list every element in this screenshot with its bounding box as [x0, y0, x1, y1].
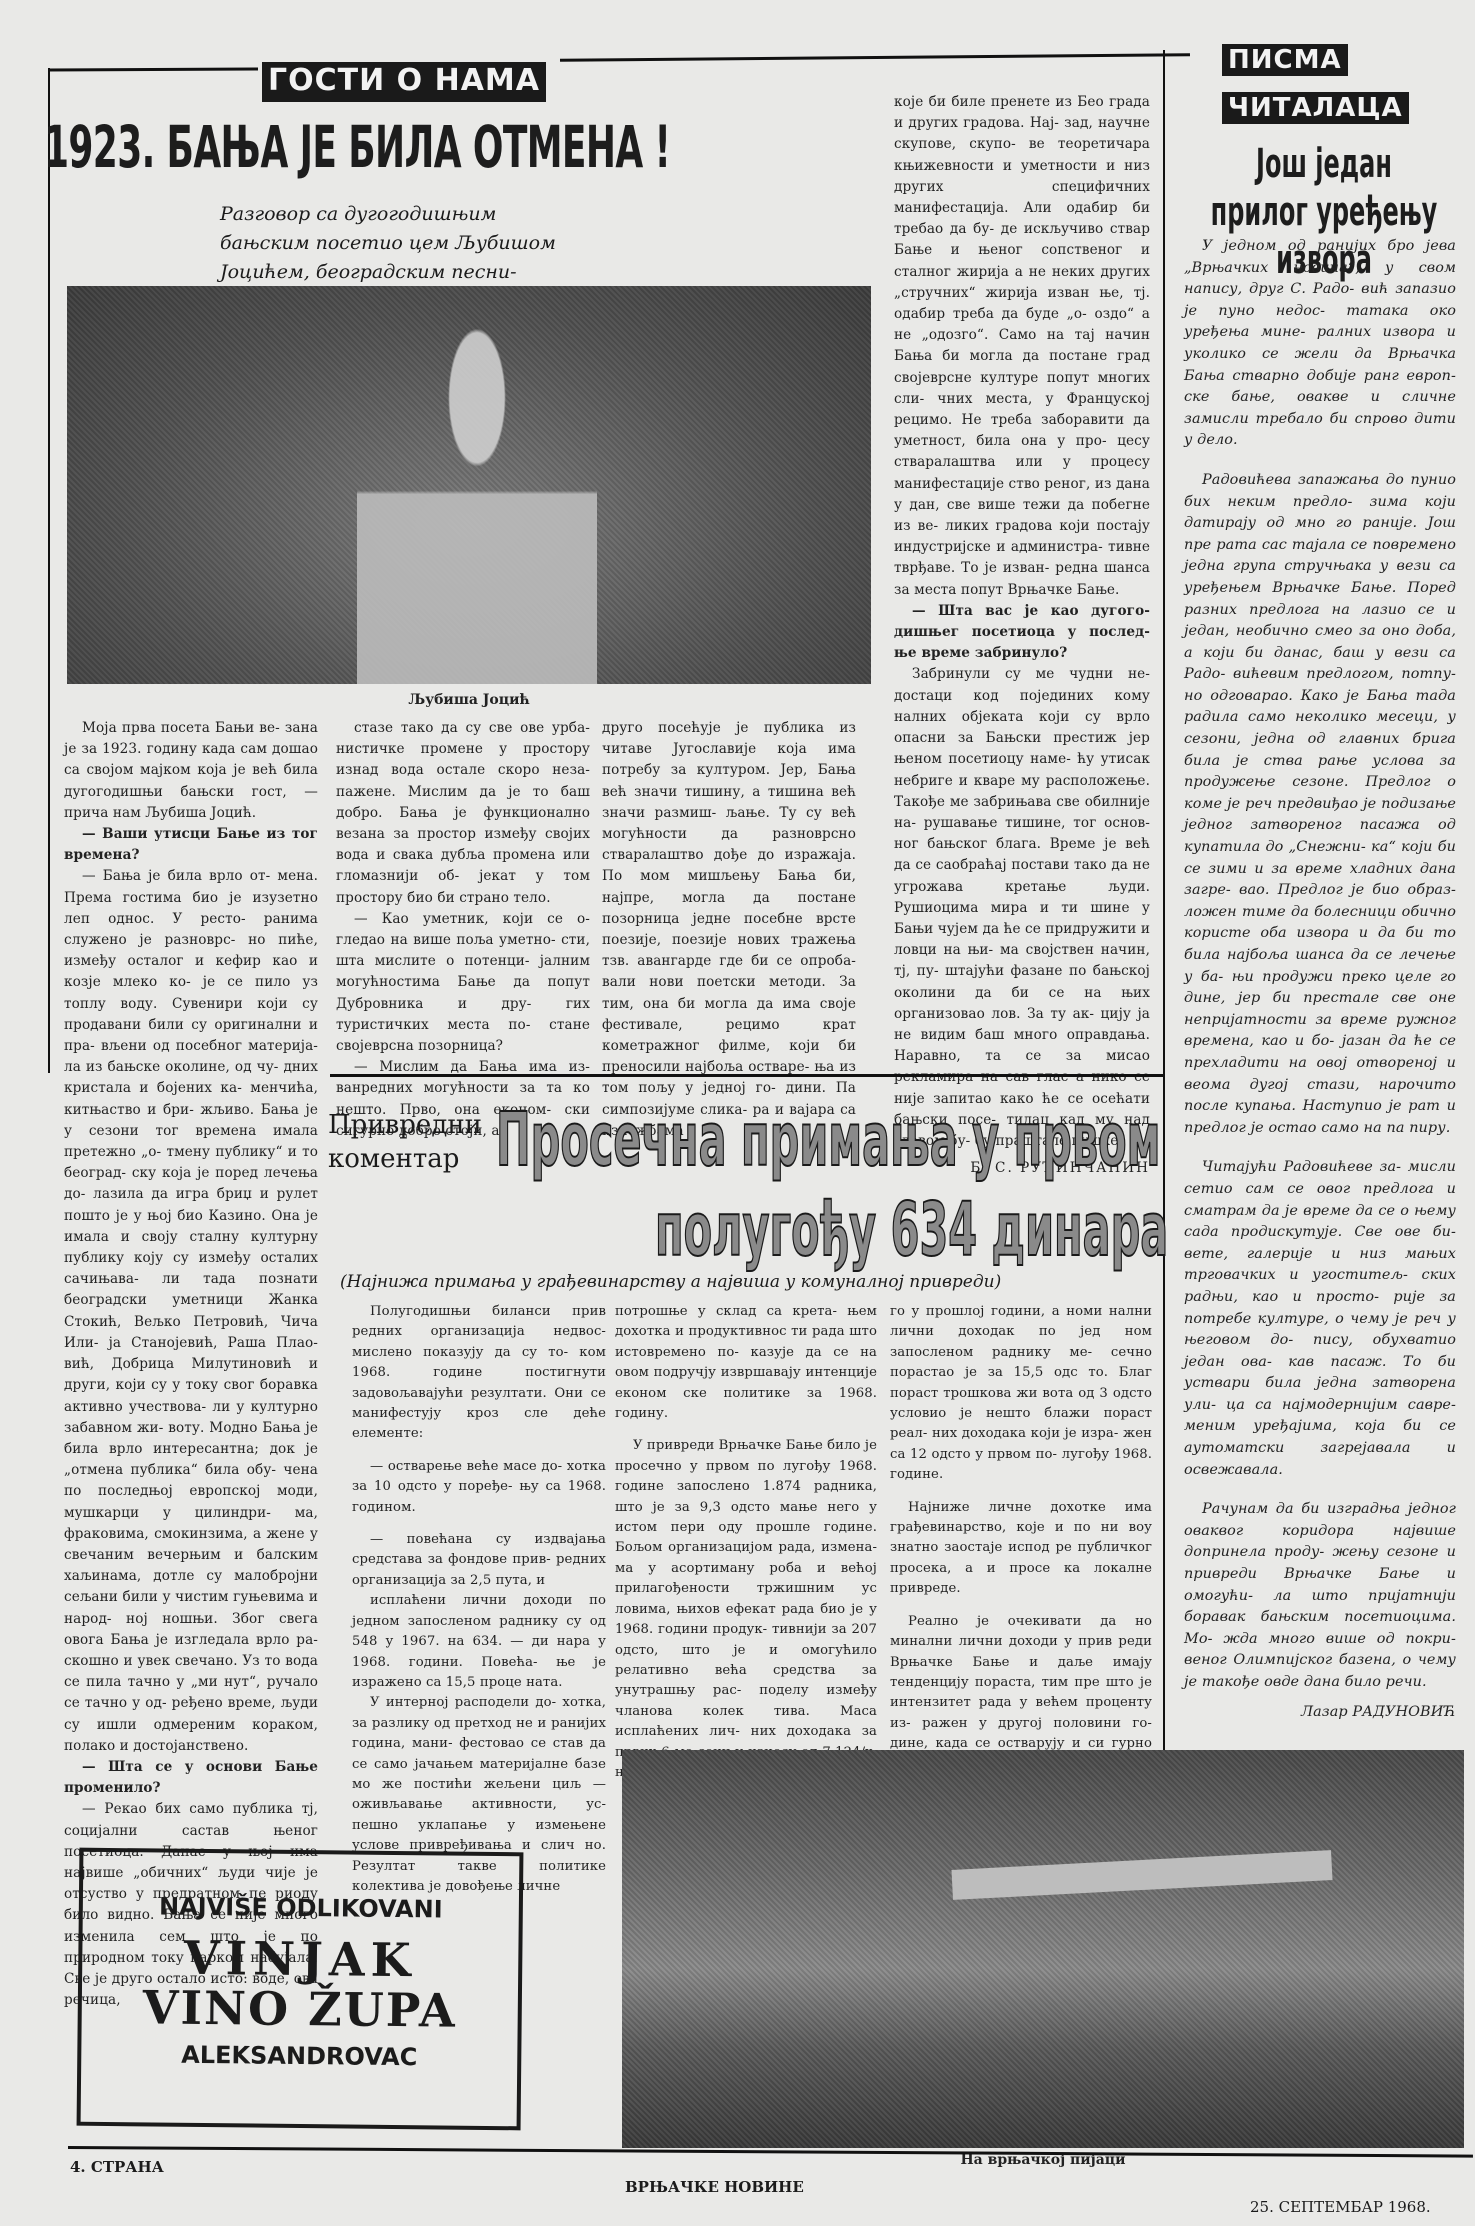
ad-line-2: VINJAK: [82, 1932, 518, 1987]
interview-left-rule: [48, 68, 50, 1073]
interview-question: — Као уметник, који се о- гледао на више…: [336, 909, 590, 1057]
interview-top-rule-right: [560, 53, 1190, 61]
economy-column-1: Полугодишњи биланси прив редних организа…: [352, 1302, 606, 1897]
interview-paragraph: — Бања је била врло от- мена. Према гост…: [64, 866, 318, 1757]
market-stall-roof: [951, 1850, 1332, 1900]
interview-paragraph: друго посећује је публика из читаве Југо…: [602, 718, 856, 1142]
interview-portrait-photo: [67, 286, 871, 684]
market-photo: [622, 1750, 1464, 2148]
ad-line-4: ALEKSANDROVAC: [81, 2038, 517, 2075]
economy-list-item: исплаћени лични доходи по једном запосле…: [352, 1591, 606, 1693]
letters-paragraph: Читајући Радовићеве за- мисли сетио сам …: [1184, 1157, 1456, 1481]
letters-paragraph: У једном од ранијих бро јева „Врњачких н…: [1184, 236, 1456, 452]
economy-paragraph: Најниже личне дохотке има грађевинарство…: [890, 1498, 1152, 1600]
interview-question: — Шта се у основи Бање променило?: [64, 1757, 318, 1799]
economy-headline-line-1: Просечна примања у првом: [496, 1100, 1160, 1180]
letters-paragraph: Рачунам да би изградња једног оваквог ко…: [1184, 1499, 1456, 1693]
economy-paragraph: Полугодишњи биланси прив редних организа…: [352, 1302, 606, 1445]
interview-paragraph: које би биле пренете из Бео града и друг…: [894, 92, 1150, 601]
ad-line-1: NAJVIŠE ODLIKOVANI: [83, 1890, 519, 1927]
interview-kicker: ГОСТИ О НАМА: [262, 62, 546, 102]
ad-line-3: VINO ŽUPA: [82, 1982, 518, 2037]
interview-right-rule: [1163, 50, 1165, 1750]
economy-paragraph: го у прошлој години, а номи нални лични …: [890, 1302, 1152, 1486]
economy-paragraph: У привреди Врњачке Бање било је просечно…: [615, 1436, 877, 1783]
footer-page-number: 4. СТРАНА: [70, 2158, 164, 2176]
interview-question: — Ваши утисци Бање из тог времена?: [64, 824, 318, 866]
interview-bottom-rule: [330, 1074, 1164, 1077]
economy-kicker: Привредни коментар: [328, 1108, 498, 1176]
letters-kicker-line-2: ЧИТАЛАЦА: [1222, 92, 1409, 124]
interview-headline: 1923. БАЊА ЈЕ БИЛА ОТМЕНА !: [44, 116, 670, 178]
economy-headline-line-2: полугођу 634 динара: [655, 1190, 1168, 1270]
interview-column-2: стазе тако да су све ове урба- нистичке …: [336, 718, 590, 1142]
interview-photo-caption: Љубиша Јоцић: [67, 692, 871, 708]
economy-deck: (Најнижа примања у грађевинарству а најв…: [340, 1270, 1160, 1294]
interview-paragraph: стазе тако да су све ове урба- нистичке …: [336, 718, 590, 909]
letters-kicker-line-1: ПИСМА: [1222, 44, 1348, 76]
portrait-figure: [357, 326, 597, 684]
economy-paragraph: потрошње у склад са крета- њем дохотка и…: [615, 1302, 877, 1424]
footer-date: 25. СЕПТЕМБАР 1968.: [1250, 2198, 1431, 2216]
economy-list-item: — остварење веће масе до- хотка за 10 од…: [352, 1457, 606, 1518]
letters-paragraph: Радовићева запажања до пунио бих неким п…: [1184, 470, 1456, 1139]
economy-column-3: го у прошлој години, а номи нални лични …: [890, 1302, 1152, 1795]
footer-paper-name: ВРЊАЧКЕ НОВИНЕ: [625, 2178, 804, 2196]
interview-top-rule-left: [48, 67, 258, 71]
interview-column-3: друго посећује је публика из читаве Југо…: [602, 718, 856, 1142]
vinjak-advertisement: NAJVIŠE ODLIKOVANI VINJAK VINO ŽUPA ALEK…: [77, 1848, 524, 2131]
economy-list-item: — повећана су издвајања средстава за фон…: [352, 1530, 606, 1591]
interview-paragraph: Моја прва посета Бањи ве- зана је за 192…: [64, 718, 318, 824]
interview-column-1: Моја прва посета Бањи ве- зана је за 192…: [64, 718, 318, 2011]
letters-column: У једном од ранијих бро јева „Врњачких н…: [1184, 236, 1456, 1723]
interview-question: — Шта вас је као дугого- дишњег посетиоц…: [894, 601, 1150, 665]
economy-column-2: потрошње у склад са крета- њем дохотка и…: [615, 1302, 877, 1783]
letters-signature: Лазар РАДУНОВИЋ: [1184, 1702, 1456, 1724]
interview-column-4: које би биле пренете из Бео града и друг…: [894, 92, 1150, 1179]
interview-paragraph: Забринули су ме чудни не- достаци код по…: [894, 664, 1150, 1152]
